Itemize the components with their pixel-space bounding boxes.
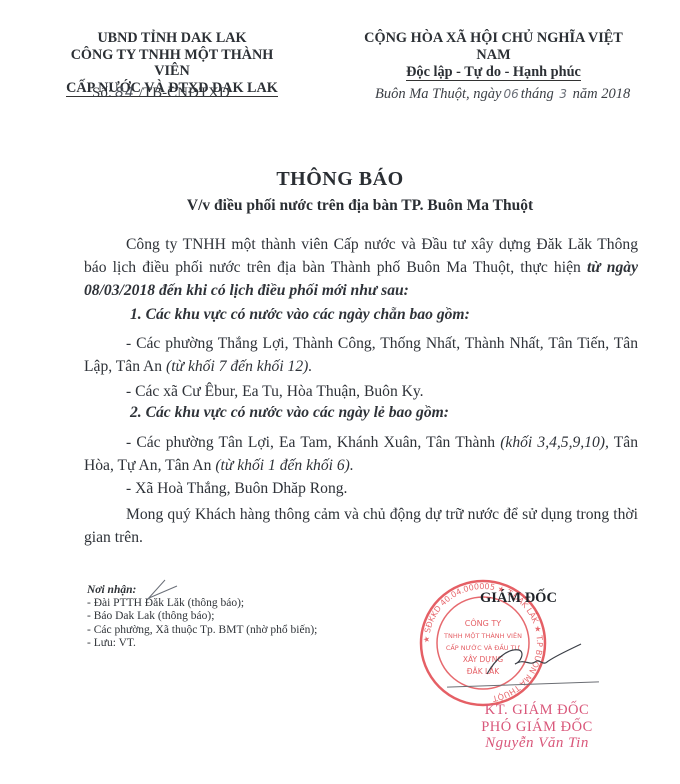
deputy-line-2: PHÓ GIÁM ĐỐC [462,719,612,736]
recipients-label: Nơi nhận: [87,584,317,597]
doc-number-suffix: /TB-CNĐTXD [139,85,230,101]
year-label: năm 2018 [573,86,631,102]
initial-mark-icon [143,576,183,606]
intro-text: Công ty TNHH một thành viên Cấp nước và … [84,236,638,276]
recipient-item: - Đài PTTH Đăk Lăk (thông báo); [87,597,317,610]
section-1-item-1: - Các phường Thắng Lợi, Thành Công, Thốn… [84,332,638,378]
section-2-item-1a-text: - Các phường Tân Lợi, Ea Tam, Khánh Xuân… [126,434,495,451]
intro-paragraph: Công ty TNHH một thành viên Cấp nước và … [84,233,638,302]
recipient-item: - Các phường, Xã thuộc Tp. BMT (nhờ phổ … [87,624,317,637]
signature-scribble-icon [485,640,585,680]
section-1-heading: 1. Các khu vực có nước vào các ngày chẵn… [130,306,470,324]
issuer-line-1: UBND TỈNH DAK LAK [66,30,278,47]
doc-number-handwritten: 84 [115,85,135,101]
section-2-item-1b-note: (từ khối 1 đến khối 6). [215,457,353,474]
document-number: Số:84/TB-CNĐTXD [92,85,230,102]
signer-name: Nguyễn Văn Tin [462,735,612,752]
deputy-line-1: KT. GIÁM ĐỐC [462,702,612,719]
svg-text:TNHH MỘT THÀNH VIÊN: TNHH MỘT THÀNH VIÊN [443,631,522,640]
place-and-date: Buôn Ma Thuột, ngày06tháng 3 năm 2018 [375,86,630,103]
doc-number-prefix: Số: [92,85,112,101]
national-title: CỘNG HÒA XÃ HỘI CHỦ NGHĨA VIỆT NAM [346,30,641,64]
document-title: THÔNG BÁO [0,168,680,191]
month-label: tháng [521,86,554,102]
issuer-line-2: CÔNG TY TNHH MỘT THÀNH VIÊN [66,47,278,80]
section-2-item-2: - Xã Hoà Thắng, Buôn Dhăp Rong. [84,477,638,500]
section-2-item-1: - Các phường Tân Lợi, Ea Tam, Khánh Xuân… [84,431,638,477]
section-2-heading: 2. Các khu vực có nước vào các ngày lẻ b… [130,404,449,422]
date-month: 3 [559,87,567,101]
deputy-signature-block: KT. GIÁM ĐỐC PHÓ GIÁM ĐỐC Nguyễn Văn Tin [462,702,612,752]
signature-title: GIÁM ĐỐC [480,590,557,607]
svg-text:CÔNG TY: CÔNG TY [465,617,501,628]
national-header: CỘNG HÒA XÃ HỘI CHỦ NGHĨA VIỆT NAM Độc l… [346,30,641,81]
document-subtitle: V/v điều phối nước trên địa bàn TP. Buôn… [0,197,680,215]
date-day: 06 [503,87,518,101]
recipient-item: - Lưu: VT. [87,637,317,650]
place-prefix: Buôn Ma Thuột, ngày [375,86,501,102]
section-1-item-2: - Các xã Cư Êbur, Ea Tu, Hòa Thuận, Buôn… [84,380,638,403]
section-1-item-1-note: (từ khối 7 đến khối 12). [166,358,312,375]
recipients-block: Nơi nhận: - Đài PTTH Đăk Lăk (thông báo)… [87,584,317,650]
section-2-item-1a-note: (khối 3,4,5,9,10), [500,434,609,451]
recipient-item: - Báo Dak Lak (thông báo); [87,610,317,623]
closing-paragraph: Mong quý Khách hàng thông cảm và chủ độn… [84,503,638,549]
national-motto: Độc lập - Tự do - Hạnh phúc [406,65,581,81]
